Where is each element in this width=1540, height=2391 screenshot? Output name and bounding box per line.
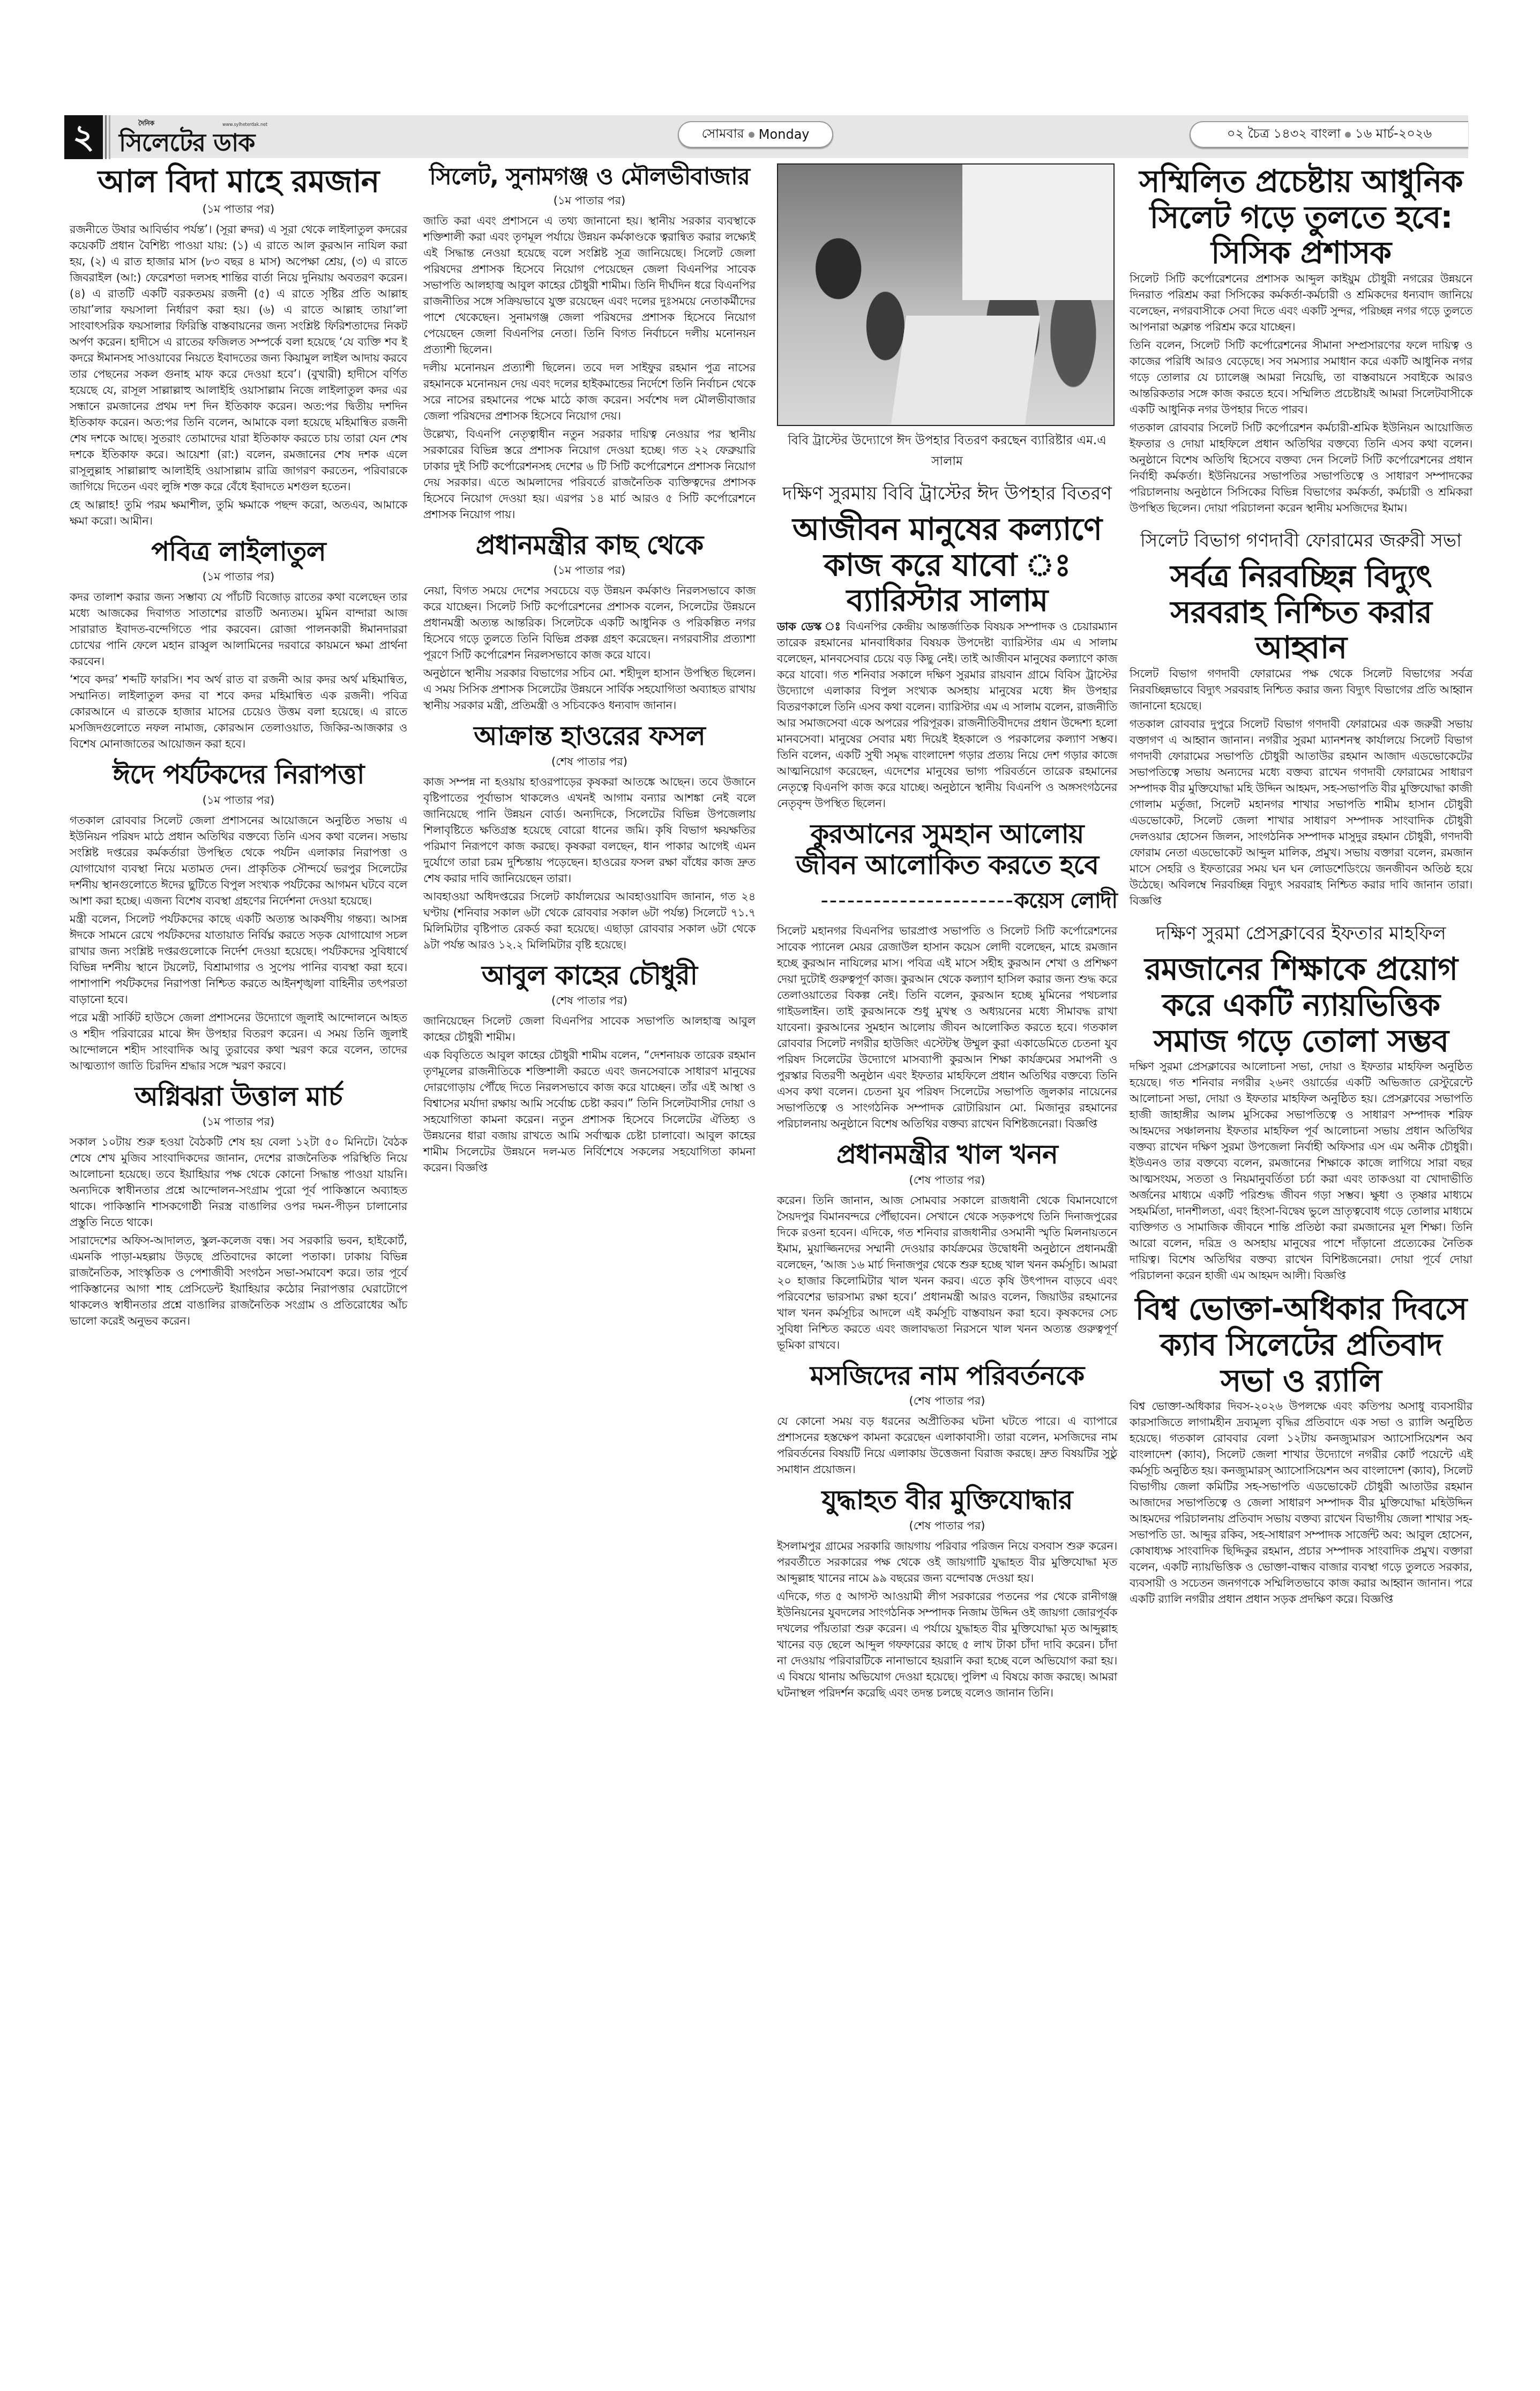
- column-4: সম্মিলিত প্রচেষ্টায় আধুনিক সিলেট গড়ে ত…: [1130, 163, 1472, 1609]
- article-paragraph: সারাদেশের অফিস-আদালত, স্কুল-কলেজ বন্ধ। স…: [70, 1232, 407, 1329]
- newspaper-page: ২ দৈনিক www.sylheterdak.net সিলেটের ডাক …: [0, 0, 1540, 2391]
- article-freedom-fighter: যুদ্ধাহত বীর মুক্তিযোদ্ধার (শেষ পাতার পর…: [777, 1485, 1117, 1701]
- continued-note: (শেষ পাতার পর): [423, 753, 756, 772]
- article-headline: বিশ্ব ভোক্তা-অধিকার দিবসে ক্যাব সিলেটের …: [1130, 1291, 1472, 1398]
- article-lailatul: পবিত্র লাইলাতুল (১ম পাতার পর) কদর তালাশ …: [70, 536, 407, 752]
- newspaper-logo: সিলেটের ডাক: [119, 129, 255, 156]
- continued-note: (১ম পাতার পর): [70, 200, 407, 219]
- article-paragraph: পরে মন্ত্রী সার্কিট হাউসে জেলা প্রশাসনের…: [70, 1010, 407, 1074]
- article-barrister-salam: দক্ষিণ সুরমায় বিবি ট্রাস্টের ঈদ উপহার ব…: [777, 480, 1117, 811]
- continued-note: (১ম পাতার পর): [423, 192, 756, 211]
- article-headline: প্রধানমন্ত্রীর কাছ থেকে: [423, 530, 756, 561]
- article-paragraph: বিশ্ব ভোক্তা-অধিকার দিবস-২০২৬ উপলক্ষে এব…: [1130, 1398, 1472, 1607]
- article-paragraph: এক বিবৃতিতে আবুল কাহের চৌধুরী শামীম বলেন…: [423, 1047, 756, 1176]
- article-headline: আক্রান্ত হাওরের ফসল: [423, 721, 756, 752]
- article-paragraph: নেয়া, বিগত সময়ে দেশের সবচেয়ে বড় উন্ন…: [423, 582, 756, 663]
- article-cab-rally: বিশ্ব ভোক্তা-অধিকার দিবসে ক্যাব সিলেটের …: [1130, 1291, 1472, 1607]
- article-paragraph: কাজ সম্পন্ন না হওয়ায় হাওরপাড়ের কৃষকরা…: [423, 774, 756, 886]
- continued-note: (১ম পাতার পর): [70, 1113, 407, 1132]
- photo-caption: বিবি ট্রাস্টের উদ্যোগে ঈদ উপহার বিতরণ কর…: [777, 430, 1117, 472]
- continued-note: (১ম পাতার পর): [70, 568, 407, 587]
- article-paragraph: রজনীতে উষার আবির্ভাব পর্যন্ত’। (সূরা ক্ব…: [70, 221, 407, 495]
- byline-name: কয়েস লোদী: [1014, 888, 1117, 913]
- column-1: আল বিদা মাহে রমজান (১ম পাতার পর) রজনীতে …: [70, 163, 407, 1331]
- continued-note: (শেষ পাতার পর): [777, 1171, 1117, 1190]
- day-bn: সোমবার: [701, 124, 744, 145]
- article-headline: অগ্নিঝরা উত্তাল মার্চ: [70, 1081, 407, 1112]
- article-district-council: সিলেট, সুনামগঞ্জ ও মৌলভীবাজার (১ম পাতার …: [423, 163, 756, 522]
- continued-note: (শেষ পাতার পর): [777, 1392, 1117, 1411]
- day-badge: সোমবার Monday: [678, 121, 833, 148]
- article-paragraph: সিলেট বিভাগ গণদাবী ফোরামের পক্ষ থেকে সিল…: [1130, 666, 1472, 714]
- article-headline: সিলেট, সুনামগঞ্জ ও মৌলভীবাজার: [423, 163, 756, 191]
- continued-note: (শেষ পাতার পর): [777, 1517, 1117, 1536]
- article-headline: আবুল কাহের চৌধুরী: [423, 960, 756, 991]
- article-paragraph: আবহাওয়া অধিদপ্তরের সিলেট কার্যালয়ের আব…: [423, 888, 756, 953]
- dateline: ডাক ডেস্ক ঃ: [777, 620, 842, 633]
- article-electricity: সিলেট বিভাগ গণদাবী ফোরামের জরুরী সভা সর্…: [1130, 527, 1472, 909]
- article-press-club-iftar: দক্ষিণ সুরমা প্রেসক্লাবের ইফতার মাহফিল র…: [1130, 920, 1472, 1283]
- photo-table: [891, 316, 1041, 425]
- article-paragraph: যে কোনো সময় বড় ধরনের অপ্রীতিকর ঘটনা ঘট…: [777, 1413, 1117, 1477]
- article-ccc-administrator: সম্মিলিত প্রচেষ্টায় আধুনিক সিলেট গড়ে ত…: [1130, 163, 1472, 516]
- article-paragraph: ডাক ডেস্ক ঃ বিএনপির কেন্দ্রীয় আন্তর্জাত…: [777, 618, 1117, 811]
- article-canal-digging: প্রধানমন্ত্রীর খাল খনন (শেষ পাতার পর) কর…: [777, 1139, 1117, 1353]
- article-kicker: দক্ষিণ সুরমা প্রেসক্লাবের ইফতার মাহফিল: [1130, 920, 1472, 950]
- photo-eid-gift-distribution: [777, 163, 1115, 426]
- article-paragraph: গতকাল রোববার সিলেট জেলা প্রশাসনের আয়োজন…: [70, 812, 407, 909]
- article-headline: ঈদে পর্যটকদের নিরাপত্তা: [70, 759, 407, 790]
- article-paragraph: সকাল ১০টায় শুরু হওয়া বৈঠকটি শেষ হয় বে…: [70, 1134, 407, 1230]
- article-headline: কুরআনের সুমহান আলোয় জীবন আলোকিত করতে হব…: [777, 819, 1117, 880]
- article-paragraph: অনুষ্ঠানে স্থানীয় সরকার বিভাগের সচিব মো…: [423, 665, 756, 713]
- page-number: ২: [64, 115, 103, 159]
- article-paragraph: জাতি করা এবং প্রশাসনে এ তথ্য জানানো হয়।…: [423, 213, 756, 357]
- date-gregorian: ১৬ মার্চ-২০২৬: [1355, 124, 1432, 145]
- day-en: Monday: [759, 127, 810, 142]
- logo-url: www.sylheterdak.net: [222, 122, 267, 127]
- article-paragraph: মন্ত্রী বলেন, সিলেট পর্যটকদের কাছে একটি …: [70, 911, 407, 1007]
- news-photo: বিবি ট্রাস্টের উদ্যোগে ঈদ উপহার বিতরণ কর…: [777, 163, 1117, 472]
- article-paragraph: এদিকে, গত ৫ আগস্ট আওয়ামী লীগ সরকারের পত…: [777, 1588, 1117, 1701]
- article-paragraph: ‘শবে কদর’ শব্দটি ফারসি। শব অর্থ রাত বা র…: [70, 671, 407, 752]
- article-pm-from: প্রধানমন্ত্রীর কাছ থেকে (১ম পাতার পর) নে…: [423, 530, 756, 714]
- article-paragraph: গতকাল রোববার সিলেট সিটি কর্পোরেশন কর্মচা…: [1130, 420, 1472, 516]
- article-paragraph: হে আল্লাহ! তুমি পরম ক্ষমাশীল, তুমি ক্ষমা…: [70, 497, 407, 529]
- article-march: অগ্নিঝরা উত্তাল মার্চ (১ম পাতার পর) সকাল…: [70, 1081, 407, 1329]
- article-paragraph: সিলেট সিটি কর্পোরেশনের প্রশাসক আব্দুল কা…: [1130, 271, 1472, 335]
- article-paragraph: উল্লেখ্য, বিএনপি নেতৃত্বাধীন নতুন সরকার …: [423, 426, 756, 522]
- article-paragraph: দলীয় মনোনয়ন প্রত্যাশী ছিলেন। তবে দল সা…: [423, 360, 756, 424]
- article-al-bida: আল বিদা মাহে রমজান (১ম পাতার পর) রজনীতে …: [70, 163, 407, 529]
- bullet-dot-icon: [1345, 132, 1351, 138]
- article-text: বিএনপির কেন্দ্রীয় আন্তর্জাতিক বিষয়ক সম…: [777, 620, 1117, 810]
- article-headline: যুদ্ধাহত বীর মুক্তিযোদ্ধার: [777, 1485, 1117, 1516]
- article-abul-kaher: আবুল কাহের চৌধুরী (শেষ পাতার পর) জানিয়ে…: [423, 960, 756, 1176]
- date-bn: ০২ চৈত্র ১৪৩২ বাংলা: [1227, 124, 1341, 145]
- byline-dashes: ----------------------: [820, 888, 1014, 913]
- article-headline: সর্বত্র নিরবচ্ছিন্ন বিদ্যুৎ সরবরাহ নিশ্চ…: [1130, 558, 1472, 666]
- article-headline: সম্মিলিত প্রচেষ্টায় আধুনিক সিলেট গড়ে ত…: [1130, 163, 1472, 271]
- byline: ----------------------কয়েস লোদী: [777, 884, 1117, 920]
- article-paragraph: দক্ষিণ সুরমা প্রেসক্লাবের আলোচনা সভা, দো…: [1130, 1058, 1472, 1283]
- article-kicker: সিলেট বিভাগ গণদাবী ফোরামের জরুরী সভা: [1130, 527, 1472, 557]
- column-2: সিলেট, সুনামগঞ্জ ও মৌলভীবাজার (১ম পাতার …: [423, 163, 756, 1178]
- continued-note: (১ম পাতার পর): [423, 562, 756, 580]
- continued-note: (শেষ পাতার পর): [423, 992, 756, 1011]
- date-badge: ০২ চৈত্র ১৪৩২ বাংলা ১৬ মার্চ-২০২৬: [1190, 121, 1468, 148]
- article-paragraph: কদর তালাশ করার জন্য সম্ভাব্য যে পাঁচটি ব…: [70, 589, 407, 669]
- article-paragraph: গতকাল রোববার দুপুরে সিলেট বিভাগ গণদাবী ফ…: [1130, 716, 1472, 909]
- article-headline: আজীবন মানুষের কল্যাণে কাজ করে যাবো ঃ ব্য…: [777, 511, 1117, 618]
- article-kicker: দক্ষিণ সুরমায় বিবি ট্রাস্টের ঈদ উপহার ব…: [777, 480, 1117, 510]
- article-paragraph: ইসলামপুর গ্রামের সরকারি জায়গায় পরিবার …: [777, 1538, 1117, 1586]
- continued-note: (১ম পাতার পর): [70, 791, 407, 810]
- article-mosque-name: মসজিদের নাম পরিবর্তনকে (শেষ পাতার পর) যে…: [777, 1361, 1117, 1478]
- article-headline: পবিত্র লাইলাতুল: [70, 536, 407, 567]
- article-tourist-safety: ঈদে পর্যটকদের নিরাপত্তা (১ম পাতার পর) গত…: [70, 759, 407, 1074]
- article-headline: রমজানের শিক্ষাকে প্রয়োগ করে একটি ন্যায়…: [1130, 951, 1472, 1058]
- article-headline: আল বিদা মাহে রমজান: [70, 163, 407, 199]
- article-headline: প্রধানমন্ত্রীর খাল খনন: [777, 1139, 1117, 1170]
- column-3: বিবি ট্রাস্টের উদ্যোগে ঈদ উপহার বিতরণ কর…: [777, 163, 1117, 1703]
- article-paragraph: করেন। তিনি জানান, আজ সোমবার সকালে রাজধান…: [777, 1192, 1117, 1353]
- article-quran: কুরআনের সুমহান আলোয় জীবন আলোকিত করতে হব…: [777, 819, 1117, 1132]
- article-headline: মসজিদের নাম পরিবর্তনকে: [777, 1361, 1117, 1392]
- bullet-dot-icon: [749, 132, 754, 138]
- photo-banner: [962, 165, 1113, 300]
- page-number-rule: [105, 115, 110, 159]
- article-paragraph: সিলেট মহানগর বিএনপির ভারপ্রাপ্ত সভাপতি ও…: [777, 923, 1117, 1132]
- article-paragraph: জানিয়েছেন সিলেট জেলা বিএনপির সাবেক সভাপ…: [423, 1013, 756, 1045]
- article-paragraph: তিনি বলেন, সিলেট সিটি কর্পোরেশনের সীমানা…: [1130, 337, 1472, 417]
- article-haor-crops: আক্রান্ত হাওরের ফসল (শেষ পাতার পর) কাজ স…: [423, 721, 756, 953]
